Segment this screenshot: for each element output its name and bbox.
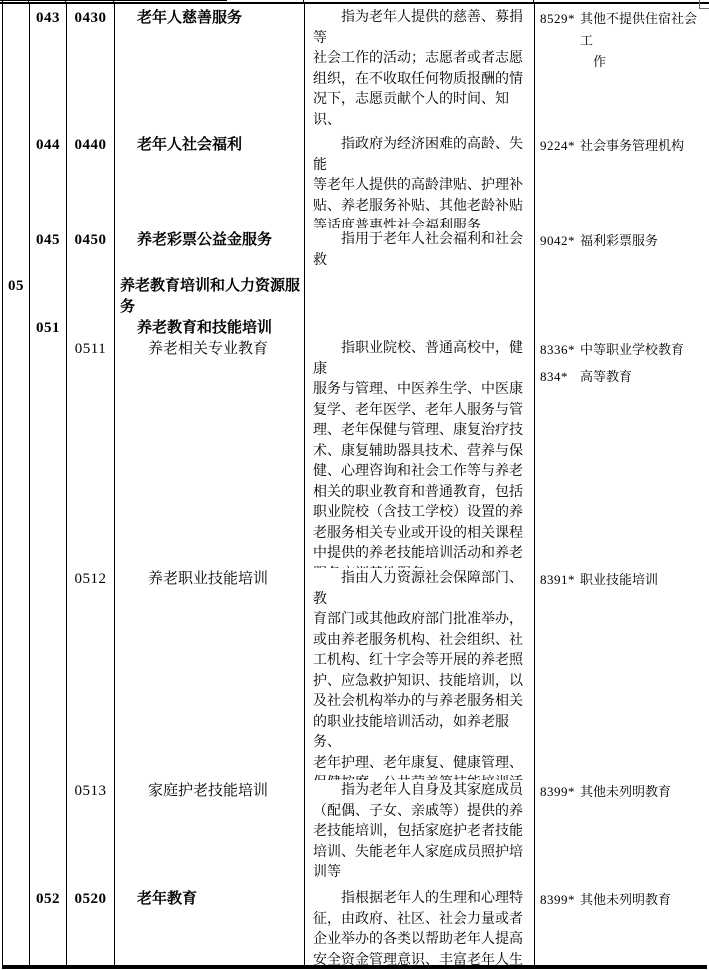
classification-table: 043 0430 老年人慈善服务 指为老年人提供的慈善、募捐等 社会工作的活动；… [2,4,707,969]
cell-description [304,314,534,338]
classification-table-page: 043 0430 老年人慈善服务 指为老年人提供的慈善、募捐等 社会工作的活动；… [0,0,709,970]
cell-name: 养老相关专业教育 [114,338,304,568]
small-code: 0450 [75,232,107,248]
industry-code: 834* [540,366,580,388]
cell-name: 老年教育 [114,888,304,965]
cell-description: 指为老年人提供的慈善、募捐等 社会工作的活动；志愿者或者志愿 组织，在不收取任何… [304,4,534,131]
cell-description: 指由人力资源社会保障部门、教 育部门或其他政府部门批准举办， 或由养老服务机构、… [304,568,534,780]
industry-ref: 8399*其他未列明教育 [540,889,707,911]
cell-small-code: 0440 [66,131,114,228]
cell-industry-codes: 9224*社会事务管理机构 [534,131,707,228]
service-name: 老年人社会福利 [115,135,304,156]
industry-code: 8399* [540,781,580,803]
cell-small-code: 0450 [66,228,114,272]
table-row-subsection: 051 养老教育和技能培训 [3,314,707,338]
mid-code: 051 [36,320,60,336]
cell-description [304,272,534,314]
industry-code: 9224* [540,135,580,157]
table-row: 045 0450 养老彩票公益金服务 指用于老年人社会福利和社会救 助的彩票公益… [3,228,707,272]
industry-ref: 9042*福利彩票服务 [540,230,707,252]
cell-industry-codes: 8399*其他未列明教育 [534,780,707,888]
cell-mid-code [29,780,66,888]
service-name: 家庭护老技能培训 [115,781,304,802]
mid-code: 052 [36,891,60,907]
service-description: 指根据老年人的生理和心理特 征，由政府、社区、社会力量或者 企业举办的各类以帮助… [305,889,534,965]
cell-name: 老年人慈善服务 [114,4,304,131]
industry-code: 8529* [540,8,580,73]
cell-name: 老年人社会福利 [114,131,304,228]
service-name: 老年人慈善服务 [115,8,304,29]
table-row: 043 0430 老年人慈善服务 指为老年人提供的慈善、募捐等 社会工作的活动；… [3,4,707,131]
category-code: 05 [8,278,24,294]
service-name: 老年教育 [115,889,304,910]
industry-ref: 9224*社会事务管理机构 [540,135,707,157]
cell-industry-codes: 8529*其他不提供住宿社会工 作 [534,4,707,131]
table-row: 0511 养老相关专业教育 指职业院校、普通高校中，健康 服务与管理、中医养生学… [3,338,707,568]
cell-mid-code [29,568,66,780]
mid-code: 043 [36,10,60,26]
cell-name: 养老教育和技能培训 [114,314,304,338]
mid-code: 044 [36,137,60,153]
cell-category-code [3,780,29,888]
small-code: 0440 [75,137,107,153]
industry-code: 8336* [540,339,580,361]
cell-mid-code [29,338,66,568]
industry-ref: 8399*其他未列明教育 [540,781,707,803]
cell-industry-codes [534,272,707,314]
section-name: 养老教育培训和人力资源服 务 [115,276,304,314]
cell-mid-code: 043 [29,4,66,131]
cell-small-code [66,314,114,338]
cell-small-code: 0512 [66,568,114,780]
small-code: 0512 [75,571,107,587]
cell-category-code: 05 [3,272,29,314]
cell-industry-codes: 9042*福利彩票服务 [534,228,707,272]
cell-small-code: 0513 [66,780,114,888]
cell-industry-codes [534,314,707,338]
service-name: 养老彩票公益金服务 [115,230,304,251]
small-code: 0430 [75,10,107,26]
small-code: 0511 [75,341,106,357]
cell-name: 养老彩票公益金服务 [114,228,304,272]
mid-code: 045 [36,232,60,248]
small-code: 0520 [75,891,107,907]
industry-code-label: 职业技能培训 [580,569,707,591]
cell-industry-codes: 8391*职业技能培训 [534,568,707,780]
cell-category-code [3,228,29,272]
cell-description: 指政府为经济困难的高龄、失能 等老年人提供的高龄津贴、护理补 贴、养老服务补贴、… [304,131,534,228]
service-description: 指政府为经济困难的高龄、失能 等老年人提供的高龄津贴、护理补 贴、养老服务补贴、… [305,135,534,228]
industry-code: 9042* [540,230,580,252]
service-description: 指由人力资源社会保障部门、教 育部门或其他政府部门批准举办， 或由养老服务机构、… [305,569,534,780]
cell-name: 养老职业技能培训 [114,568,304,780]
industry-code: 8399* [540,889,580,911]
industry-code-label: 其他未列明教育 [580,889,707,911]
cell-industry-codes: 8399*其他未列明教育 [534,888,707,965]
service-name: 养老相关专业教育 [115,339,304,360]
cell-name: 养老教育培训和人力资源服 务 [114,272,304,314]
industry-code: 8391* [540,569,580,591]
service-description: 指为老年人自身及其家庭成员 （配偶、子女、亲戚等）提供的养 老技能培训，包括家庭… [305,781,534,884]
cell-mid-code: 051 [29,314,66,338]
cell-small-code: 0430 [66,4,114,131]
cell-small-code: 0520 [66,888,114,965]
service-name: 养老职业技能培训 [115,569,304,590]
industry-ref: 8529*其他不提供住宿社会工 作 [540,8,707,73]
cell-category-code [3,568,29,780]
table-row: 052 0520 老年教育 指根据老年人的生理和心理特 征，由政府、社区、社会力… [3,888,707,965]
cell-mid-code: 045 [29,228,66,272]
cell-category-code [3,888,29,965]
table-row: 0513 家庭护老技能培训 指为老年人自身及其家庭成员 （配偶、子女、亲戚等）提… [3,780,707,888]
cell-mid-code: 044 [29,131,66,228]
cell-category-code [3,131,29,228]
cell-description: 指职业院校、普通高校中，健康 服务与管理、中医养生学、中医康 复学、老年医学、老… [304,338,534,568]
industry-code-label: 社会事务管理机构 [580,135,707,157]
cell-category-code [3,338,29,568]
cell-small-code: 0511 [66,338,114,568]
cell-mid-code: 052 [29,888,66,965]
industry-ref: 8391*职业技能培训 [540,569,707,591]
cell-description: 指用于老年人社会福利和社会救 助的彩票公益金服务 [304,228,534,272]
table-row-section: 05 养老教育培训和人力资源服 务 [3,272,707,314]
cell-description: 指根据老年人的生理和心理特 征，由政府、社区、社会力量或者 企业举办的各类以帮助… [304,888,534,965]
industry-code-label: 其他不提供住宿社会工 作 [580,8,707,73]
cell-category-code [3,4,29,131]
cell-mid-code [29,272,66,314]
industry-code-label: 中等职业学校教育 [580,339,707,361]
industry-code-label: 其他未列明教育 [580,781,707,803]
service-description: 指为老年人提供的慈善、募捐等 社会工作的活动；志愿者或者志愿 组织，在不收取任何… [305,8,534,131]
industry-code-label: 高等教育 [580,366,707,388]
service-description: 指用于老年人社会福利和社会救 助的彩票公益金服务 [305,230,534,272]
service-description: 指职业院校、普通高校中，健康 服务与管理、中医养生学、中医康 复学、老年医学、老… [305,339,534,568]
industry-ref: 834*高等教育 [540,366,707,388]
industry-code-label: 福利彩票服务 [580,230,707,252]
industry-ref: 8336*中等职业学校教育 [540,339,707,361]
subsection-name: 养老教育和技能培训 [115,318,304,338]
table-row: 044 0440 老年人社会福利 指政府为经济困难的高龄、失能 等老年人提供的高… [3,131,707,228]
cell-name: 家庭护老技能培训 [114,780,304,888]
cell-category-code [3,314,29,338]
cell-industry-codes: 8336*中等职业学校教育 834*高等教育 [534,338,707,568]
small-code: 0513 [75,783,107,799]
cell-small-code [66,272,114,314]
cell-description: 指为老年人自身及其家庭成员 （配偶、子女、亲戚等）提供的养 老技能培训，包括家庭… [304,780,534,888]
table-row: 0512 养老职业技能培训 指由人力资源社会保障部门、教 育部门或其他政府部门批… [3,568,707,780]
